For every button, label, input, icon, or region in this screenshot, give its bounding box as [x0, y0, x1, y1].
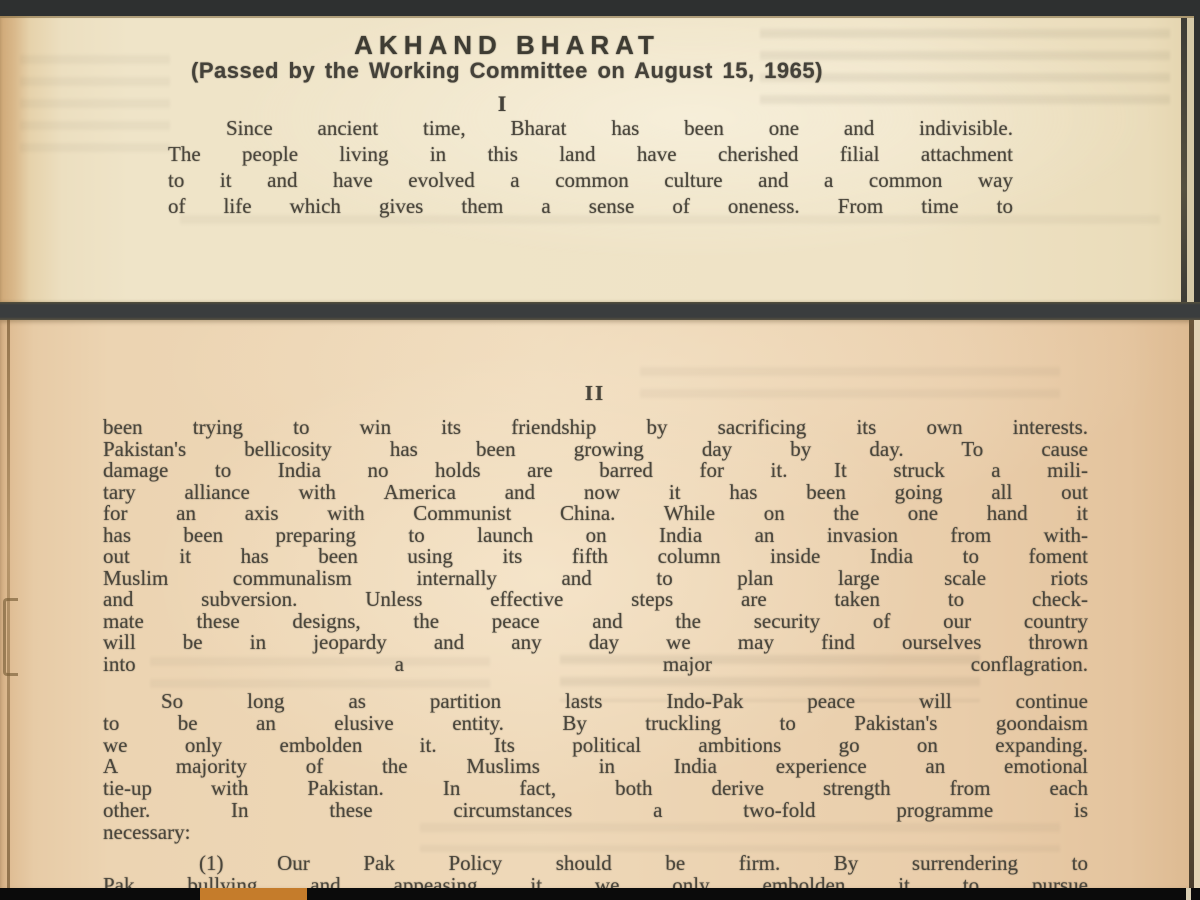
paragraph-body: (1) Our Pak Policy should be firm. By su… [103, 852, 1088, 888]
paragraph-body: So long as partition lasts Indo-Pak peac… [103, 691, 1088, 844]
top-dark-bar [0, 0, 1200, 16]
book-page-bottom: II been trying to win its friendship by … [0, 320, 1200, 888]
page-title: AKHAND BHARAT [0, 30, 1014, 61]
text-line: into a major conflagration. [103, 654, 1088, 676]
text-line: for an axis with Communist China. While … [103, 503, 1088, 525]
text-line: to be an elusive entity. By truckling to… [103, 713, 1088, 735]
text-line: Pak bullying and appeasing it we only em… [103, 874, 1088, 888]
section-numeral-one: I [0, 91, 1004, 117]
bottom-dark-bar [0, 888, 1200, 900]
text-line: So long as partition lasts Indo-Pak peac… [103, 691, 1088, 713]
book-page-top: AKHAND BHARAT (Passed by the Working Com… [0, 16, 1194, 304]
bottom-bar-orange-segment [200, 888, 307, 900]
text-line: (1) Our Pak Policy should be firm. By su… [103, 852, 1088, 874]
page-gap-bar [0, 302, 1200, 320]
page-edge-sliver [1187, 18, 1194, 304]
resolution-subtitle: (Passed by the Working Committee on Augu… [0, 58, 1014, 84]
text-line: Muslim communalism internally and to pla… [103, 568, 1088, 590]
text-line: been trying to win its friendship by sac… [103, 417, 1088, 439]
text-line: will be in jeopardy and any day we may f… [103, 632, 1088, 654]
text-line: Since ancient time, Bharat has been one … [168, 115, 1013, 141]
text-line: we only embolden it. Its political ambit… [103, 735, 1088, 757]
binding-stitch-mark [3, 598, 18, 676]
text-line: necessary: [103, 822, 1088, 844]
section-numeral-two: II [0, 381, 1190, 406]
paragraph-body: been trying to win its friendship by sac… [103, 417, 1088, 675]
text-line: tary alliance with America and now it ha… [103, 482, 1088, 504]
text-line: tie-up with Pakistan. In fact, both deri… [103, 778, 1088, 800]
text-line: The people living in this land have cher… [168, 141, 1013, 167]
text-line: damage to India no holds are barred for … [103, 460, 1088, 482]
text-line: mate these designs, the peace and the se… [103, 611, 1088, 633]
bottom-bar-light-notch [1186, 888, 1191, 900]
screenshot-root: AKHAND BHARAT (Passed by the Working Com… [0, 0, 1200, 900]
text-line: other. In these circumstances a two-fold… [103, 800, 1088, 822]
text-line: Pakistan's bellicosity has been growing … [103, 439, 1088, 461]
text-line: A majority of the Muslims in India exper… [103, 756, 1088, 778]
text-line: and subversion. Unless effective steps a… [103, 589, 1088, 611]
page-edge-sliver [1194, 320, 1200, 888]
text-line: to it and have evolved a common culture … [168, 167, 1013, 193]
text-line: of life which gives them a sense of onen… [168, 193, 1013, 219]
paragraph-body: Since ancient time, Bharat has been one … [168, 115, 1013, 219]
text-line: has been preparing to launch on India an… [103, 525, 1088, 547]
text-line: out it has been using its fifth column i… [103, 546, 1088, 568]
